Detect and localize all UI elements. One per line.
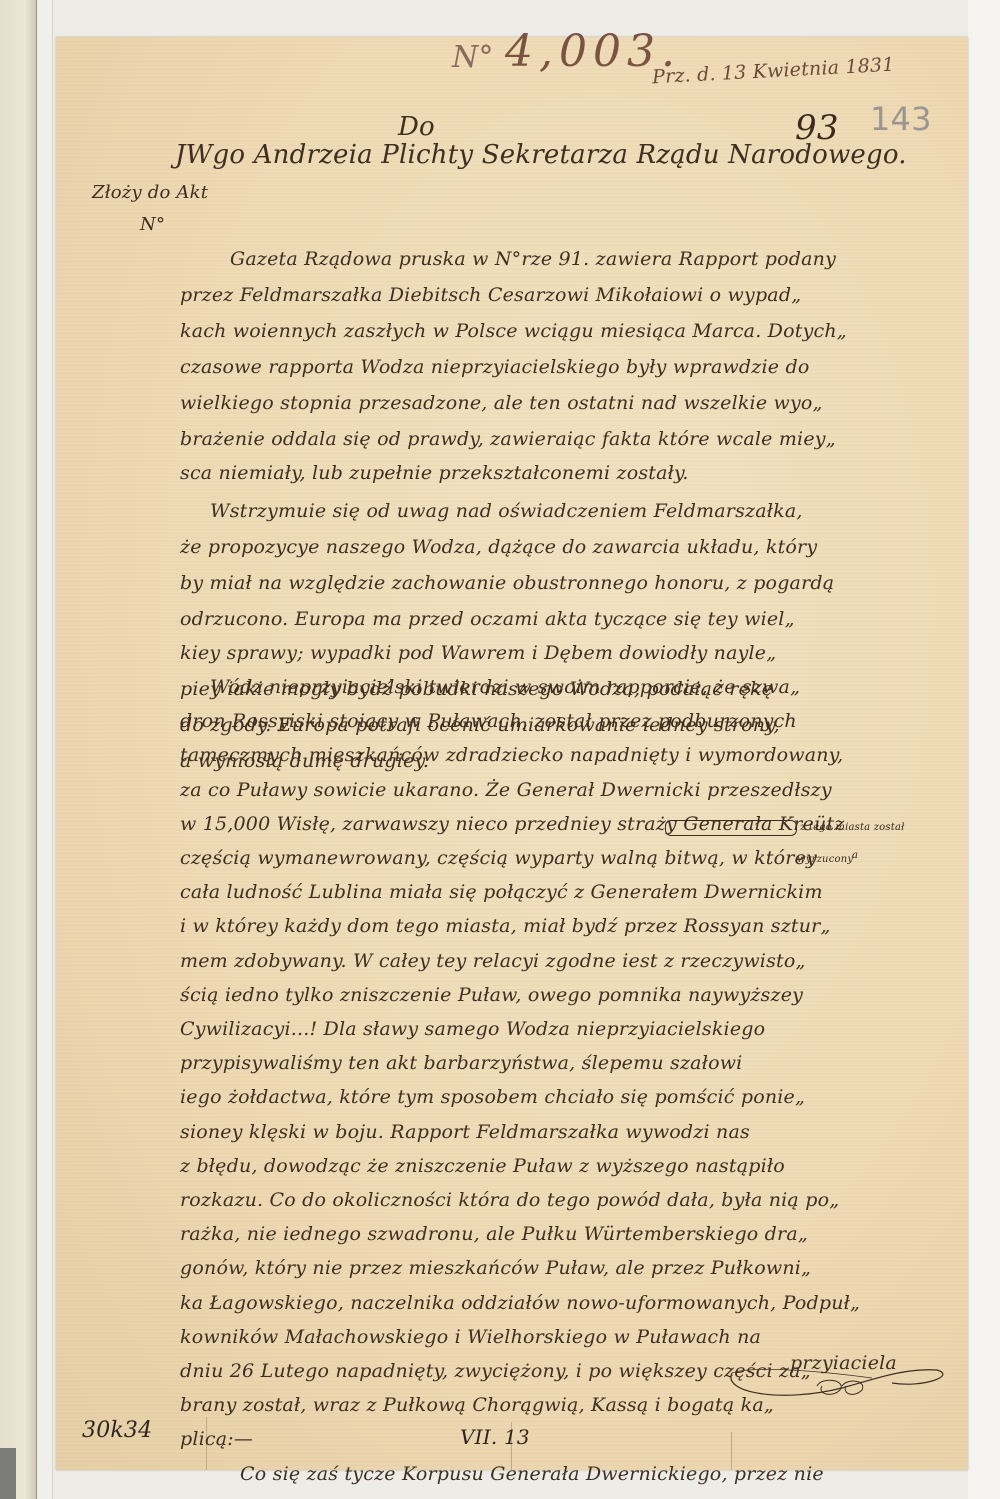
salutation-do: Do [398,112,435,142]
archival-signature-left: 30k34 [82,1418,152,1443]
body-line: ścią iedno tylko zniszczenie Puław, oweg… [180,984,803,1006]
body-line: iego żołdactwa, które tym sposobem chcia… [180,1086,805,1108]
body-line: plicą:— [180,1428,253,1450]
body-line: mem zdobywany. W całey tey relacyi zgodn… [180,950,806,972]
body-line: Co się zaś tycze Korpusu Generała Dwerni… [240,1463,824,1485]
addressee: JWgo Andrzeia Plichty Sekretarza Rządu N… [175,140,907,170]
body-line: Cywilizacyi...! Dla sławy samego Wodza n… [180,1018,765,1040]
folio-number-pencil: 143 [870,100,932,138]
number-label: N° [452,40,494,75]
body-line: że propozycye naszego Wodza, dążące do z… [180,536,817,558]
body-line: przypisywaliśmy ten akt barbarzyństwa, ś… [180,1052,742,1074]
body-line: przez Feldmarszałka Diebitsch Cesarzowi … [180,284,801,306]
body-line: dron Rossyiski stoiący w Puławach, zosta… [180,710,797,732]
archival-signature-center: VII. 13 [460,1425,530,1449]
margin-note-line2: N° [140,214,165,235]
scanner-background [0,1448,16,1499]
body-line: Wstrzymuie się od uwag nad oświadczeniem… [210,500,803,522]
body-line: brażenie oddala się od prawdy, zawieraią… [180,428,836,450]
signature-flourish-icon [722,1358,952,1408]
body-line: ka Łagowskiego, naczelnika oddziałów now… [180,1292,860,1314]
body-line: Gazeta Rządowa pruska w N°rze 91. zawier… [230,248,836,270]
body-line: odrzucono. Europa ma przed oczami akta t… [180,608,795,630]
body-line: dniu 26 Lutego napadnięty, zwyciężony, i… [180,1360,811,1382]
body-line: sioney klęski w boju. Rapport Feldmarsza… [180,1121,750,1143]
body-line: wielkiego stopnia przesadzone, ale ten o… [180,392,823,414]
body-line: z błędu, dowodząc że zniszczenie Puław z… [180,1155,785,1177]
body-line: Wódz nieprzyiacielski twierdzi w swoim r… [210,676,800,698]
body-line: kiey sprawy; wypadki pod Wawrem i Dębem … [180,642,776,664]
body-line: gonów, który nie przez mieszkańców Puław… [180,1257,811,1279]
body-line: czasowe rapporta Wodza nieprzyiacielskie… [180,356,809,378]
adjacent-page-edge [0,0,37,1499]
body-line: tameczmych mieszkańców zdradziecko napad… [180,744,843,766]
body-line: brany został, wraz z Pułkową Chorągwią, … [180,1394,774,1416]
interlinear-insertion-a: a [852,850,858,861]
body-line: i w którey każdy dom tego miasta, miał b… [180,915,831,937]
body-line: rażka, nie iednego szwadronu, ale Pułku … [180,1223,808,1245]
interlinear-insertion-above: z tego miasta został [800,822,905,833]
body-line: za co Puławy sowicie ukarano. Że Generał… [180,779,832,801]
insertion-bracket [665,820,797,836]
scanner-background-right [968,0,1000,1499]
margin-note-line1: Złoży do Akt [92,182,208,203]
body-line: rozkazu. Co do okoliczności która do teg… [180,1189,839,1211]
body-line: cała ludność Lublina miała się połączyć … [180,881,823,903]
body-line: by miał na względzie zachowanie obustron… [180,572,834,594]
binding-strip [37,0,53,1499]
body-line: kowników Małachowskiego i Wielhorskiego … [180,1326,761,1348]
body-line: sca niemiały, lub zupełnie przekształcon… [180,462,689,484]
interlinear-insertion-below: wyrzucony [797,854,853,865]
body-line: częścią wymanewrowany, częścią wyparty w… [180,847,817,869]
body-line: kach woiennych zaszłych w Polsce wciągu … [180,320,847,342]
